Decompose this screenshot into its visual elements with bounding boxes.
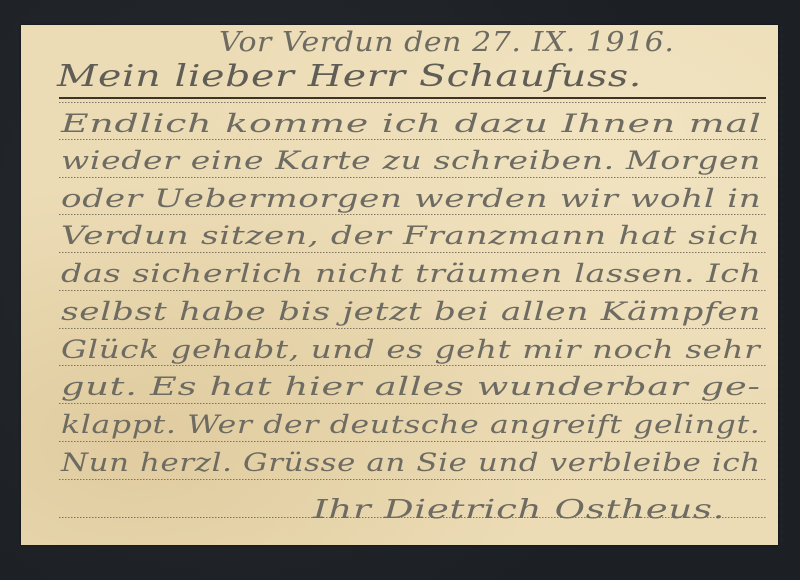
body-line: wieder eine Karte zu schreiben. Morgen [61,146,761,175]
dotted-rule [59,365,766,366]
body-line: das sicherlich nicht träumen lassen. Ich [61,259,762,288]
body-line: Endlich komme ich dazu Ihnen mal [61,109,762,138]
dotted-rule [59,328,766,329]
dotted-rule [59,252,766,253]
dotted-rule [59,177,766,178]
dotted-rule [59,290,766,291]
body-line: Verdun sitzen, der Franzmann hat sich [61,221,761,250]
dotted-rule [59,403,766,404]
dotted-rule [59,441,766,442]
perforated-edge [777,25,783,545]
body-line: Nun herzl. Grüsse an Sie und verbleibe i… [61,448,761,477]
solid-underline-rule [59,97,766,99]
body-line: selbst habe bis jetzt bei allen Kämpfen [61,297,761,326]
body-line: gut. Es hat hier alles wunderbar ge- [61,372,761,401]
dotted-rule [59,214,766,215]
postcard: Vor Verdun den 27. IX. 1916. Mein lieber… [21,25,778,545]
dotted-rule [59,479,766,480]
body-line: oder Uebermorgen werden wir wohl in [61,184,761,213]
date-line: Vor Verdun den 27. IX. 1916. [219,27,674,58]
signature: Ihr Dietrich Ostheus. [313,495,725,525]
body-line: Glück gehabt, und es geht mir noch sehr [61,335,760,364]
salutation: Mein lieber Herr Schaufuss. [57,59,642,94]
dotted-rule [59,102,766,103]
dotted-rule [59,139,766,140]
body-line: klappt. Wer der deutsche angreift geling… [61,410,760,439]
